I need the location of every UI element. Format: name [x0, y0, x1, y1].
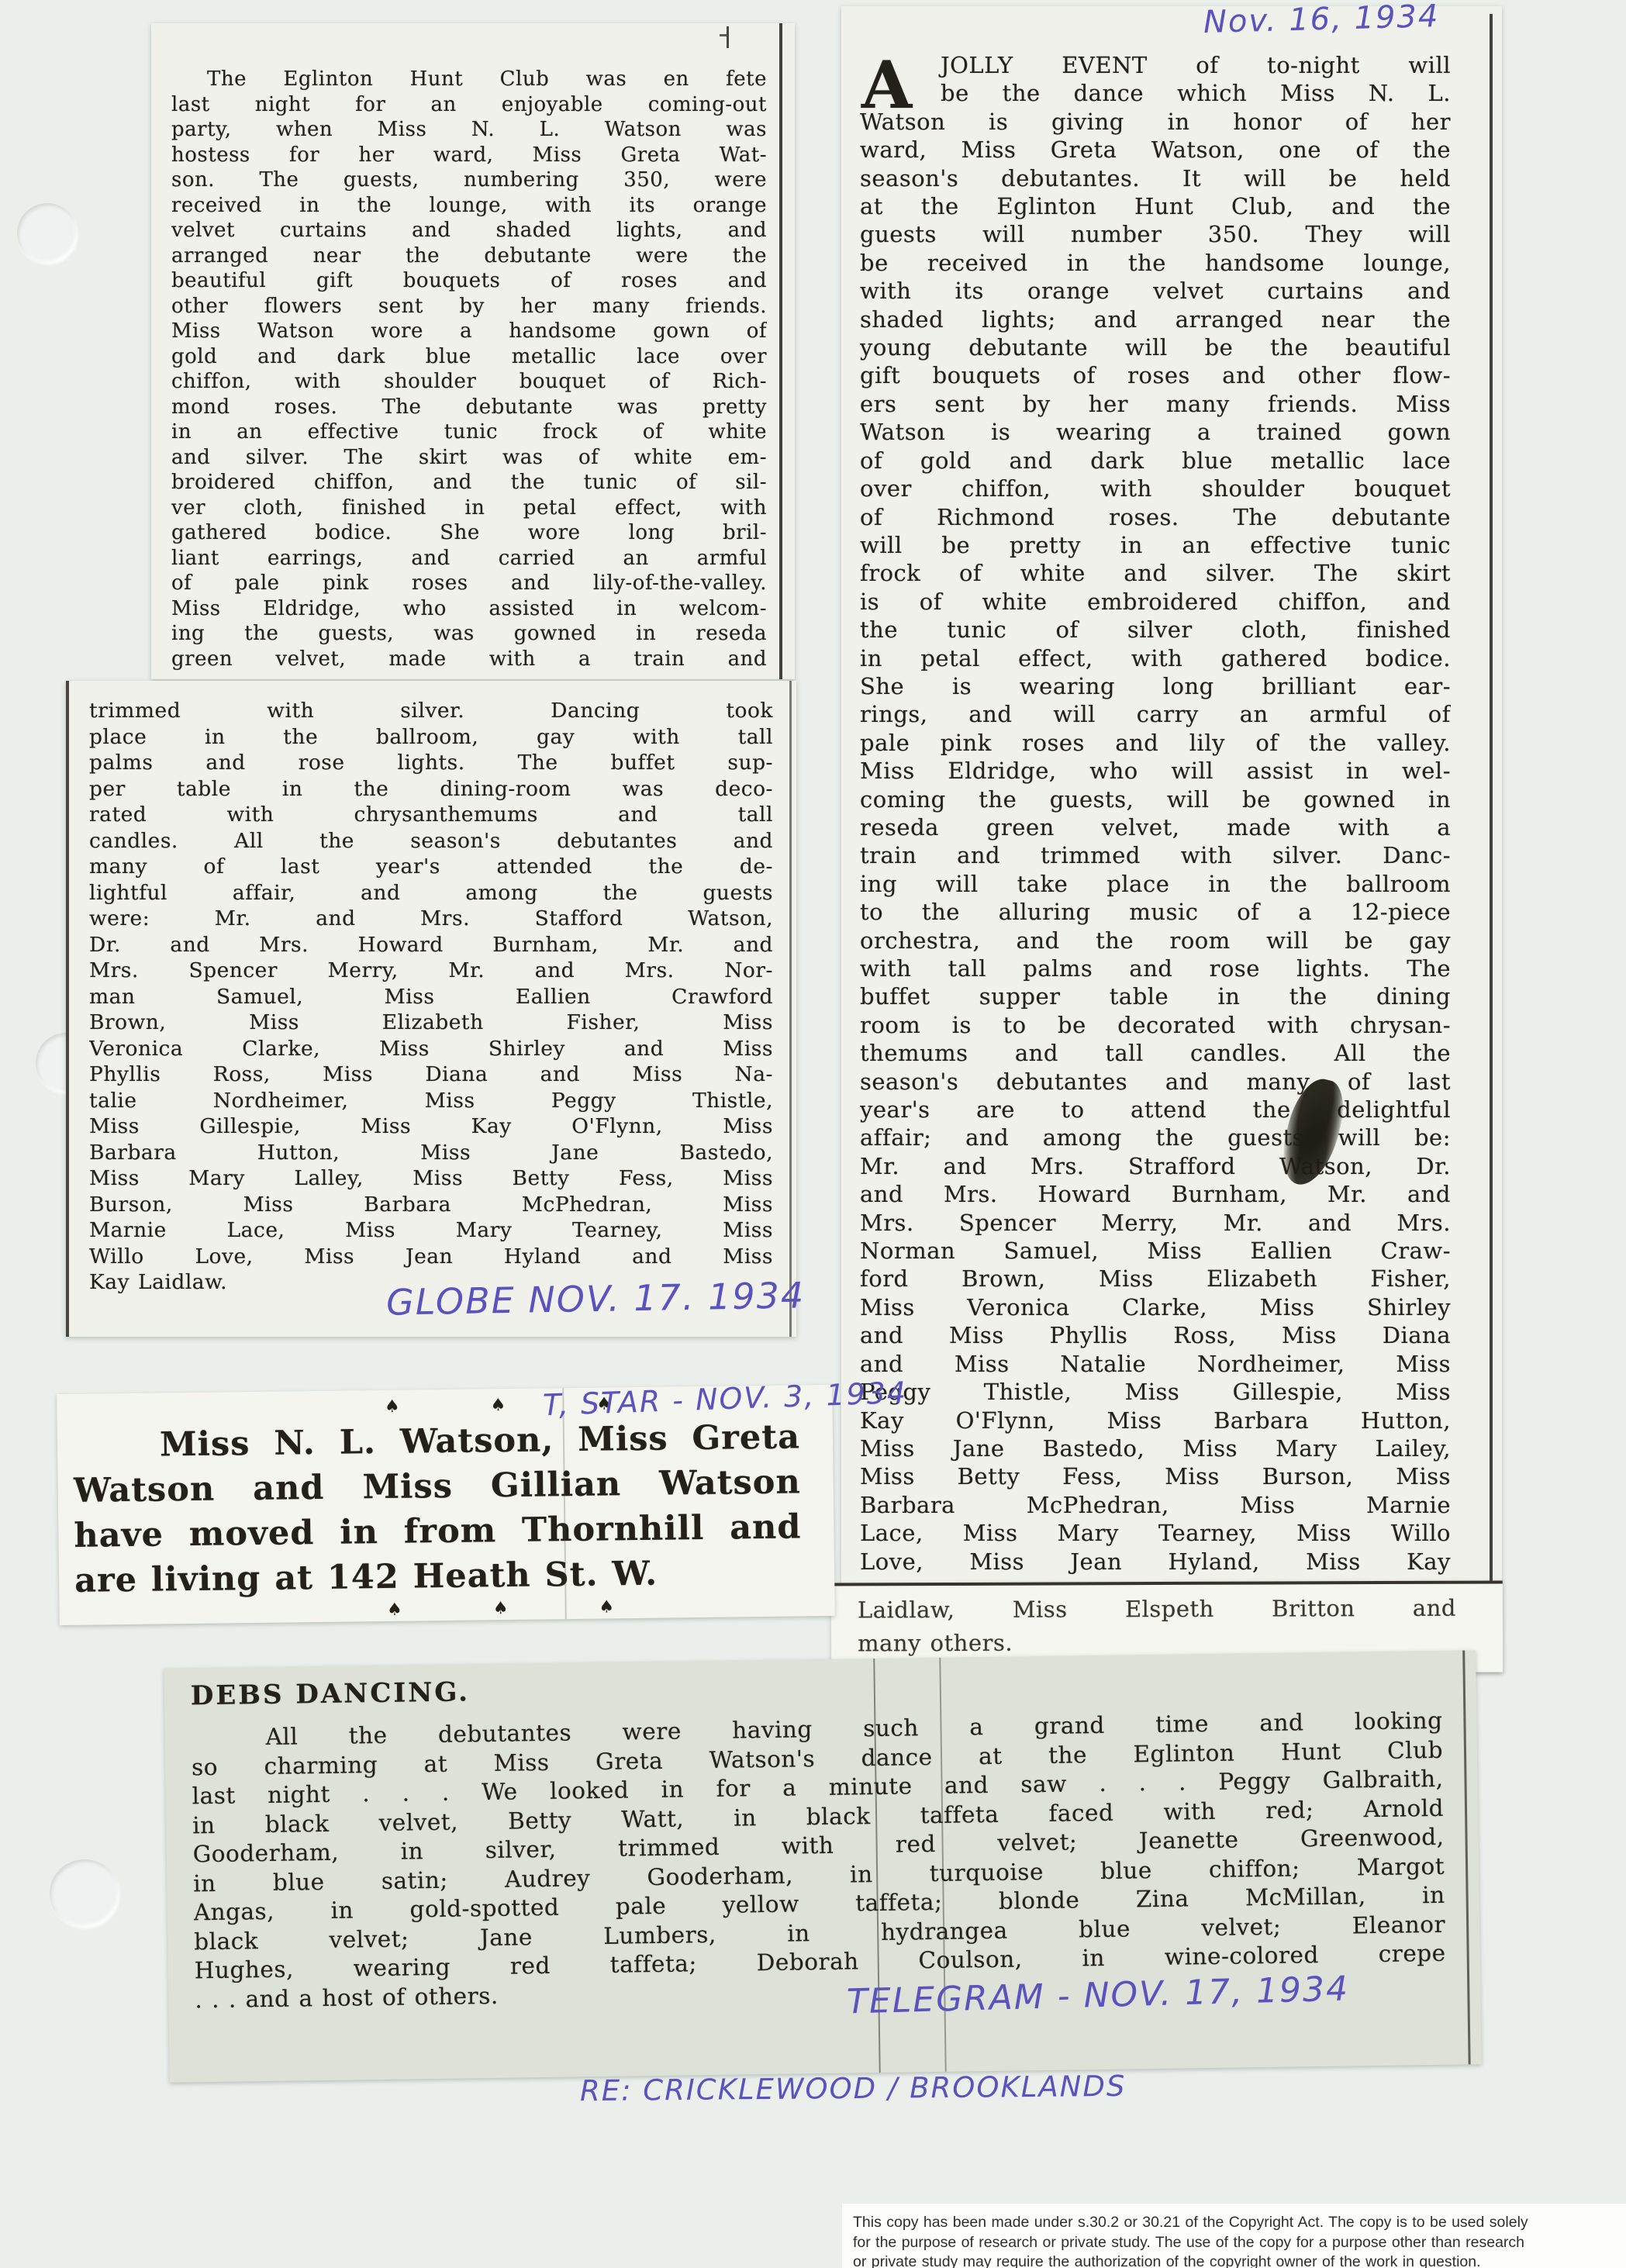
text-line: were: Mr. and Mrs. Stafford Watson, — [89, 906, 773, 932]
text-line: trimmed with silver. Dancing took — [89, 698, 773, 724]
text-line: rated with chrysanthemums and tall — [89, 802, 773, 828]
newsprint-text-column: Miss N. L. Watson, Miss GretaWatson and … — [73, 1414, 803, 1603]
text-line: Miss Gillespie, Miss Kay O'Flynn, Miss — [89, 1113, 773, 1140]
text-line: gathered bodice. She wore long bril- — [171, 520, 767, 546]
punch-hole — [17, 203, 78, 264]
text-line: Love, Miss Jean Hyland, Miss Kay — [860, 1548, 1451, 1576]
text-line: at the Eglinton Hunt Club, and the — [860, 192, 1451, 220]
clipping-globe-part1: The Eglinton Hunt Club was en fetelast n… — [151, 23, 795, 679]
text-line: young debutante will be the beautiful — [860, 333, 1451, 361]
clipping-moved-notice: ♠ ♠ ♠ Miss N. L. Watson, Miss GretaWatso… — [57, 1385, 835, 1625]
copyright-stamp: This copy has been made under s.30.2 or … — [842, 2204, 1626, 2268]
text-line: green velvet, made with a train and — [171, 647, 767, 672]
text-line: Watson is wearing a trained gown — [860, 418, 1451, 446]
text-line: other flowers sent by her many friends. — [171, 294, 767, 319]
text-line: Watson is giving in honor of her — [860, 108, 1451, 136]
column-rule — [1490, 14, 1493, 1672]
text-line: last night for an enjoyable coming-out — [171, 92, 767, 118]
handwritten-re-note: RE: CRICKLEWOOD / BROOKLANDS — [580, 2070, 1127, 2107]
text-line: Miss Veronica Clarke, Miss Shirley — [860, 1293, 1451, 1321]
text-line: season's debutantes. It will be held — [860, 164, 1451, 192]
column-rule — [779, 23, 782, 679]
text-line: candles. All the season's debutantes and — [89, 828, 773, 854]
text-line: guests will number 350. They will — [860, 220, 1451, 248]
text-line: with tall palms and rose lights. The — [860, 954, 1451, 982]
text-line: Willo Love, Miss Jean Hyland and Miss — [89, 1244, 773, 1270]
text-line: Miss Jane Bastedo, Miss Mary Lailey, — [860, 1434, 1451, 1462]
text-line: Marnie Lace, Miss Mary Tearney, Miss — [89, 1217, 773, 1244]
fold-mark — [727, 26, 729, 48]
newsprint-text-column: JOLLY EVENT of to-night willbe the dance… — [860, 51, 1451, 1576]
text-line: Lace, Miss Mary Tearney, Miss Willo — [860, 1519, 1451, 1547]
text-line: Barbara McPhedran, Miss Marnie — [860, 1491, 1451, 1519]
text-line: of pale pink roses and lily-of-the-valle… — [171, 571, 767, 596]
text-line: with its orange velvet curtains and — [860, 277, 1451, 305]
text-line: and silver. The skirt was of white em- — [171, 445, 767, 471]
text-line: frock of white and silver. The skirt — [860, 559, 1451, 587]
text-line: lightful affair, and among the guests — [89, 880, 773, 906]
text-line: buffet supper table in the dining — [860, 982, 1451, 1010]
text-line: party, when Miss N. L. Watson was — [171, 117, 767, 143]
text-line: Kay O'Flynn, Miss Barbara Hutton, — [860, 1407, 1451, 1434]
clipping-jolly-event: A JOLLY EVENT of to-night willbe the dan… — [841, 6, 1502, 1672]
text-line: coming the guests, will be gowned in — [860, 785, 1451, 813]
text-line: and Mrs. Howard Burnham, Mr. and — [860, 1180, 1451, 1208]
drop-cap: A — [861, 56, 912, 115]
text-line: is of white embroidered chiffon, and — [860, 588, 1451, 616]
text-line: rings, and will carry an armful of — [860, 700, 1451, 728]
text-line: broidered chiffon, and the tunic of sil- — [171, 470, 767, 495]
text-line: will be pretty in an effective tunic — [860, 531, 1451, 559]
text-line: ing the guests, was gowned in reseda — [171, 621, 767, 647]
text-line: The Eglinton Hunt Club was en fete — [171, 67, 767, 92]
handwritten-date-nov16: Nov. 16, 1934 — [1203, 0, 1439, 40]
text-line: room is to be decorated with chrysan- — [860, 1011, 1451, 1039]
text-line: many of last year's attended the de- — [89, 854, 773, 880]
text-line: Norman Samuel, Miss Eallien Craw- — [860, 1237, 1451, 1265]
text-line: Miss Mary Lalley, Miss Betty Fess, Miss — [89, 1165, 773, 1192]
text-line: have moved in from Thornhill and — [74, 1504, 802, 1558]
text-line: chiffon, with shoulder bouquet of Rich- — [171, 369, 767, 395]
text-line: Dr. and Mrs. Howard Burnham, Mr. and — [89, 932, 773, 958]
clipping-debs-dancing: DEBS DANCING. All the debutantes were ha… — [164, 1650, 1481, 2083]
text-line: Laidlaw, Miss Elspeth Britton and — [858, 1592, 1456, 1628]
text-line: reseda green velvet, made with a — [860, 813, 1451, 841]
text-line: train and trimmed with silver. Danc- — [860, 841, 1451, 869]
text-line: arranged near the debutante were the — [171, 243, 767, 269]
text-line: velvet curtains and shaded lights, and — [171, 218, 767, 243]
text-line: man Samuel, Miss Eallien Crawford — [89, 984, 773, 1010]
text-line: place in the ballroom, gay with tall — [89, 724, 773, 751]
text-line: gold and dark blue metallic lace over — [171, 344, 767, 370]
text-line: and Miss Natalie Nordheimer, Miss — [860, 1350, 1451, 1378]
text-line: ford Brown, Miss Elizabeth Fisher, — [860, 1265, 1451, 1293]
text-line: the tunic of silver cloth, finished — [860, 616, 1451, 644]
text-line: Mr. and Mrs. Strafford Watson, Dr. — [860, 1152, 1451, 1180]
text-line: be received in the handsome lounge, — [860, 249, 1451, 277]
text-line: Mrs. Spencer Merry, Mr. and Mrs. Nor- — [89, 958, 773, 984]
text-line: ward, Miss Greta Watson, one of the — [860, 136, 1451, 164]
column-rule — [789, 681, 792, 1337]
text-line: ing will take place in the ballroom — [860, 870, 1451, 898]
text-line: hostess for her ward, Miss Greta Wat- — [171, 143, 767, 168]
text-line: Barbara Hutton, Miss Jane Bastedo, — [89, 1140, 773, 1166]
text-line: to the alluring music of a 12-piece — [860, 898, 1451, 926]
text-line: year's are to attend the delightful — [860, 1096, 1451, 1124]
punch-hole — [50, 1859, 119, 1928]
text-line: ver cloth, finished in petal effect, wit… — [171, 495, 767, 521]
newsprint-text-column: Laidlaw, Miss Elspeth Britton andmany ot… — [858, 1592, 1456, 1661]
text-line: received in the lounge, with its orange — [171, 193, 767, 219]
text-line: affair; and among the guests will be: — [860, 1124, 1451, 1151]
text-line: Miss Eldridge, who assisted in welcom- — [171, 596, 767, 622]
stamp-text-line: or private study may require the authori… — [853, 2252, 1615, 2268]
text-line: son. The guests, numbering 350, were — [171, 167, 767, 193]
text-line: in an effective tunic frock of white — [171, 419, 767, 445]
text-line: per table in the dining-room was deco- — [89, 776, 773, 803]
text-line: Miss Eldridge, who will assist in wel- — [860, 757, 1451, 785]
text-line: beautiful gift bouquets of roses and — [171, 268, 767, 294]
text-line: pale pink roses and lily of the valley. — [860, 729, 1451, 757]
text-line: be the dance which Miss N. L. — [860, 79, 1451, 107]
text-line: mond roses. The debutante was pretty — [171, 395, 767, 420]
text-line: Phyllis Ross, Miss Diana and Miss Na- — [89, 1062, 773, 1088]
handwritten-globe-source: GLOBE NOV. 17. 1934 — [386, 1274, 806, 1323]
text-line: over chiffon, with shoulder bouquet — [860, 475, 1451, 502]
text-line: Miss Watson wore a handsome gown of — [171, 319, 767, 344]
text-line: Veronica Clarke, Miss Shirley and Miss — [89, 1036, 773, 1062]
newsprint-text-column: All the debutantes were having such a gr… — [191, 1707, 1446, 2014]
text-line: JOLLY EVENT of to-night will — [860, 51, 1451, 79]
newsprint-text-column: trimmed with silver. Dancing tookplace i… — [89, 698, 773, 1296]
column-rule — [1462, 1650, 1470, 2064]
text-line: talie Nordheimer, Miss Peggy Thistle, — [89, 1088, 773, 1114]
clipping-globe-part2: trimmed with silver. Dancing tookplace i… — [66, 681, 796, 1337]
text-line: Miss Betty Fess, Miss Burson, Miss — [860, 1462, 1451, 1490]
text-line: Mrs. Spencer Merry, Mr. and Mrs. — [860, 1209, 1451, 1237]
text-line: shaded lights; and arranged near the — [860, 306, 1451, 333]
text-line: and Miss Phyllis Ross, Miss Diana — [860, 1321, 1451, 1349]
text-line: She is wearing long brilliant ear- — [860, 672, 1451, 700]
headline: DEBS DANCING. — [191, 1663, 1442, 1712]
text-line: liant earrings, and carried an armful — [171, 546, 767, 571]
text-line: palms and rose lights. The buffet sup- — [89, 750, 773, 776]
text-line: themums and tall candles. All the — [860, 1039, 1451, 1067]
stamp-text-line: This copy has been made under s.30.2 or … — [853, 2213, 1615, 2233]
newsprint-text-column: The Eglinton Hunt Club was en fetelast n… — [171, 67, 767, 671]
text-line: in petal effect, with gathered bodice. — [860, 644, 1451, 672]
text-line: of Richmond roses. The debutante — [860, 503, 1451, 531]
text-line: orchestra, and the room will be gay — [860, 927, 1451, 954]
scrapbook-page: { "page": { "colors": { "paper": "#eaefe… — [0, 0, 1626, 2268]
stamp-text-line: for the purpose of research or private s… — [853, 2233, 1615, 2253]
text-line: ers sent by her many friends. Miss — [860, 390, 1451, 418]
text-line: Burson, Miss Barbara McPhedran, Miss — [89, 1192, 773, 1218]
text-line: gift bouquets of roses and other flow- — [860, 361, 1451, 389]
text-line: Brown, Miss Elizabeth Fisher, Miss — [89, 1010, 773, 1036]
text-line: season's debutantes and many of last — [860, 1068, 1451, 1096]
text-line: Peggy Thistle, Miss Gillespie, Miss — [860, 1378, 1451, 1406]
text-line: of gold and dark blue metallic lace — [860, 447, 1451, 475]
